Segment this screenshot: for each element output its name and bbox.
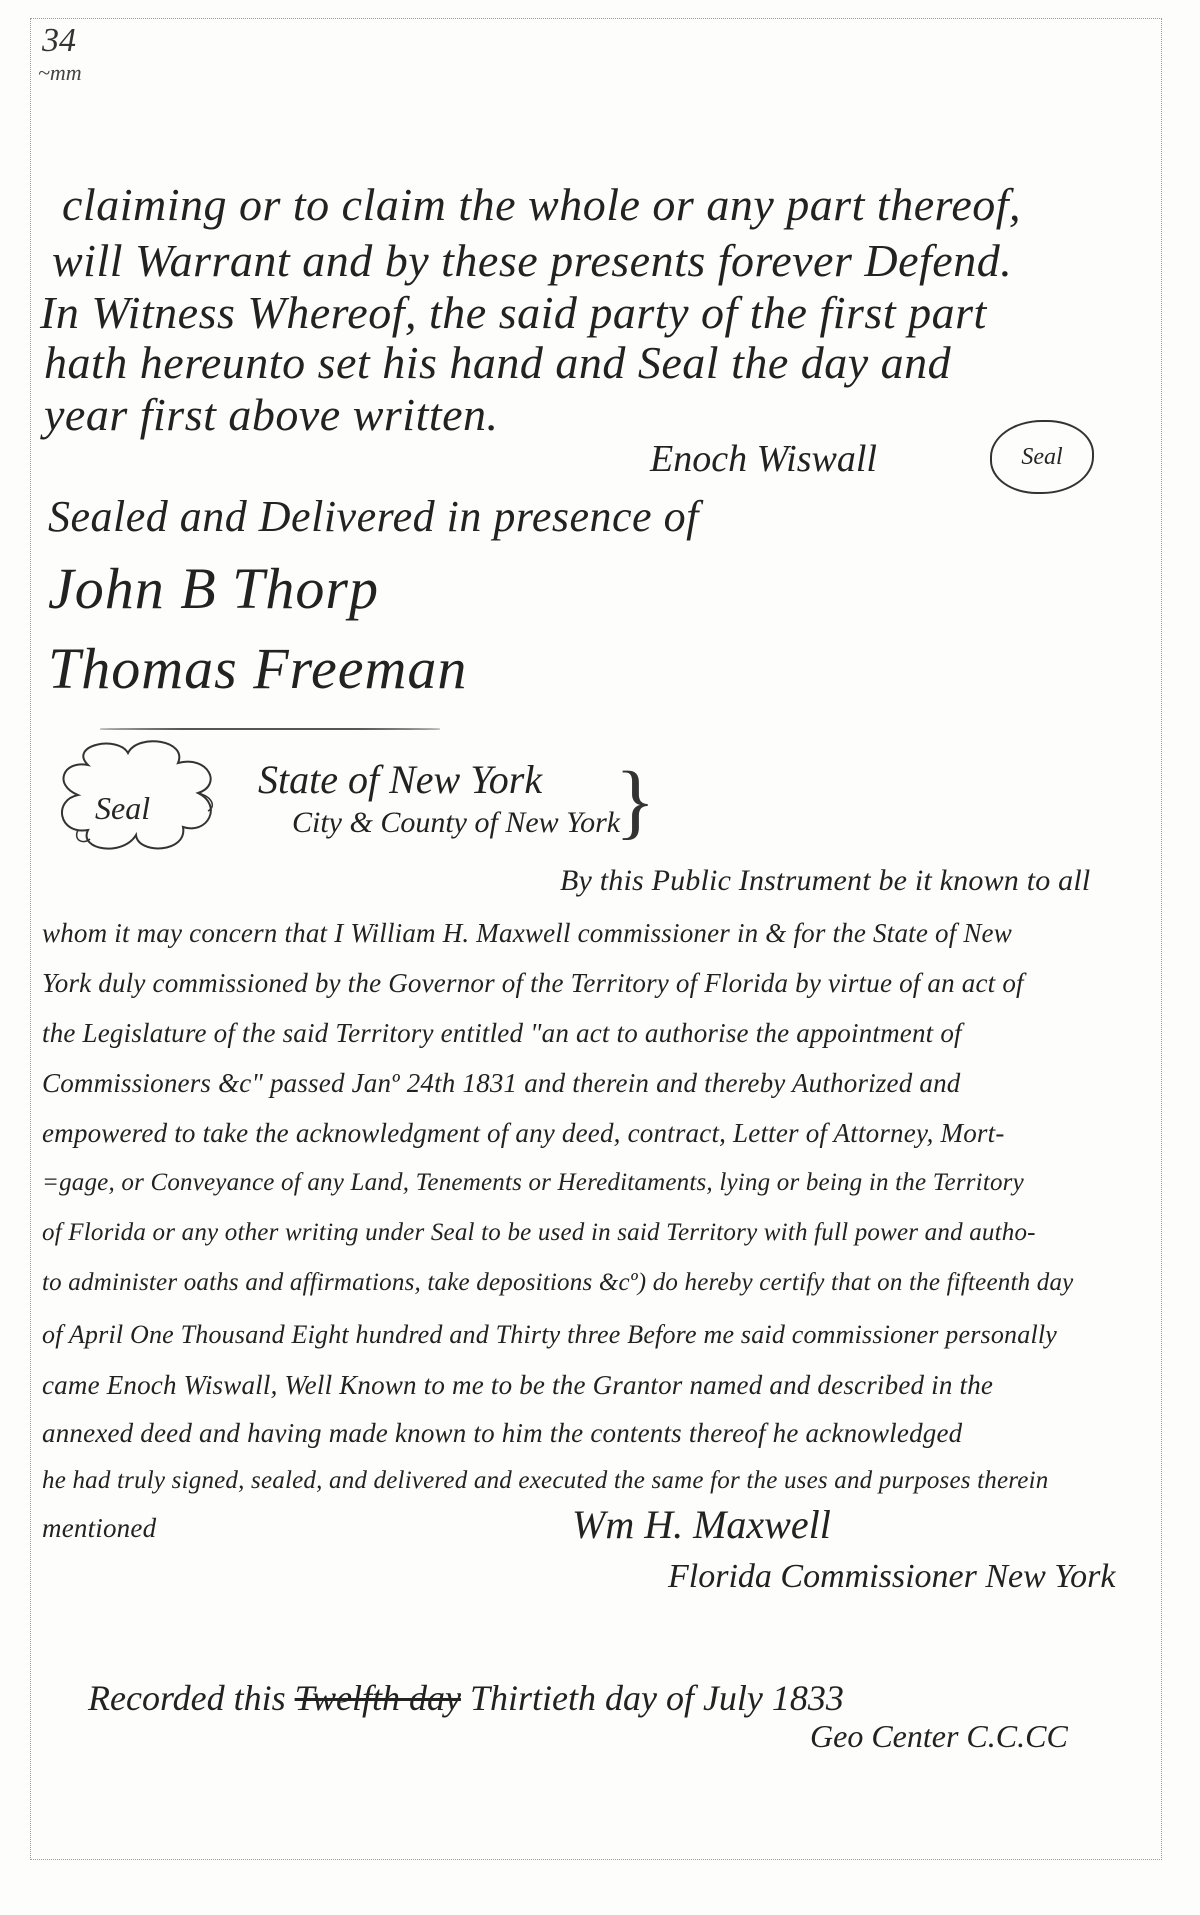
notary-seal-label: Seal (95, 790, 150, 827)
deed-line-4: hath hereunto set his hand and Seal the … (44, 340, 951, 386)
venue-city: City & County of New York (292, 808, 620, 838)
recording-prefix: Recorded this (88, 1678, 286, 1718)
page-number-flourish: ~mm (38, 60, 82, 86)
deed-line-1: claiming or to claim the whole or any pa… (62, 182, 1021, 228)
deed-line-2: will Warrant and by these presents forev… (52, 238, 1012, 284)
deed-line-5: year first above written. (44, 392, 499, 438)
ack-line-11: annexed deed and having made known to hi… (42, 1420, 962, 1447)
recording-struck-text: Twelfth day (295, 1678, 461, 1718)
page-number: 34 (42, 22, 76, 60)
deed-line-3: In Witness Whereof, the said party of th… (40, 290, 987, 336)
commissioner-signature: Wm H. Maxwell (572, 1505, 831, 1545)
venue-state: State of New York (258, 760, 542, 800)
witness-1-signature: John B Thorp (48, 560, 379, 618)
venue-brace: } (615, 760, 655, 844)
ack-line-9: of April One Thousand Eight hundred and … (42, 1322, 1057, 1348)
ack-line-1: whom it may concern that I William H. Ma… (42, 920, 1012, 947)
recording-date: Thirtieth day of July 1833 (470, 1678, 844, 1718)
witness-intro: Sealed and Delivered in presence of (48, 495, 699, 539)
ack-line-4: Commissioners &c" passed Janº 24th 1831 … (42, 1070, 961, 1097)
recording-line: Recorded this Twelfth day Thirtieth day … (88, 1680, 844, 1716)
ack-line-2: York duly commissioned by the Governor o… (42, 970, 1024, 997)
grantor-seal: Seal (990, 420, 1094, 494)
ack-line-10: came Enoch Wiswall, Well Known to me to … (42, 1372, 993, 1399)
ack-line-8: to administer oaths and affirmations, ta… (42, 1270, 1073, 1295)
clerk-signature: Geo Center C.C.CC (810, 1720, 1068, 1752)
grantor-seal-label: Seal (1021, 444, 1062, 471)
grantor-signature: Enoch Wiswall (650, 440, 877, 478)
ack-line-13: mentioned (42, 1515, 156, 1542)
ack-line-5: empowered to take the acknowledgment of … (42, 1120, 1005, 1147)
ack-line-12: he had truly signed, sealed, and deliver… (42, 1468, 1048, 1493)
ack-line-6: =gage, or Conveyance of any Land, Teneme… (42, 1170, 1024, 1195)
section-divider (100, 728, 440, 730)
commissioner-title: Florida Commissioner New York (668, 1560, 1115, 1594)
ack-line-7: of Florida or any other writing under Se… (42, 1220, 1036, 1245)
witness-2-signature: Thomas Freeman (48, 640, 467, 698)
ack-opening: By this Public Instrument be it known to… (560, 866, 1090, 896)
ack-line-3: the Legislature of the said Territory en… (42, 1020, 962, 1047)
